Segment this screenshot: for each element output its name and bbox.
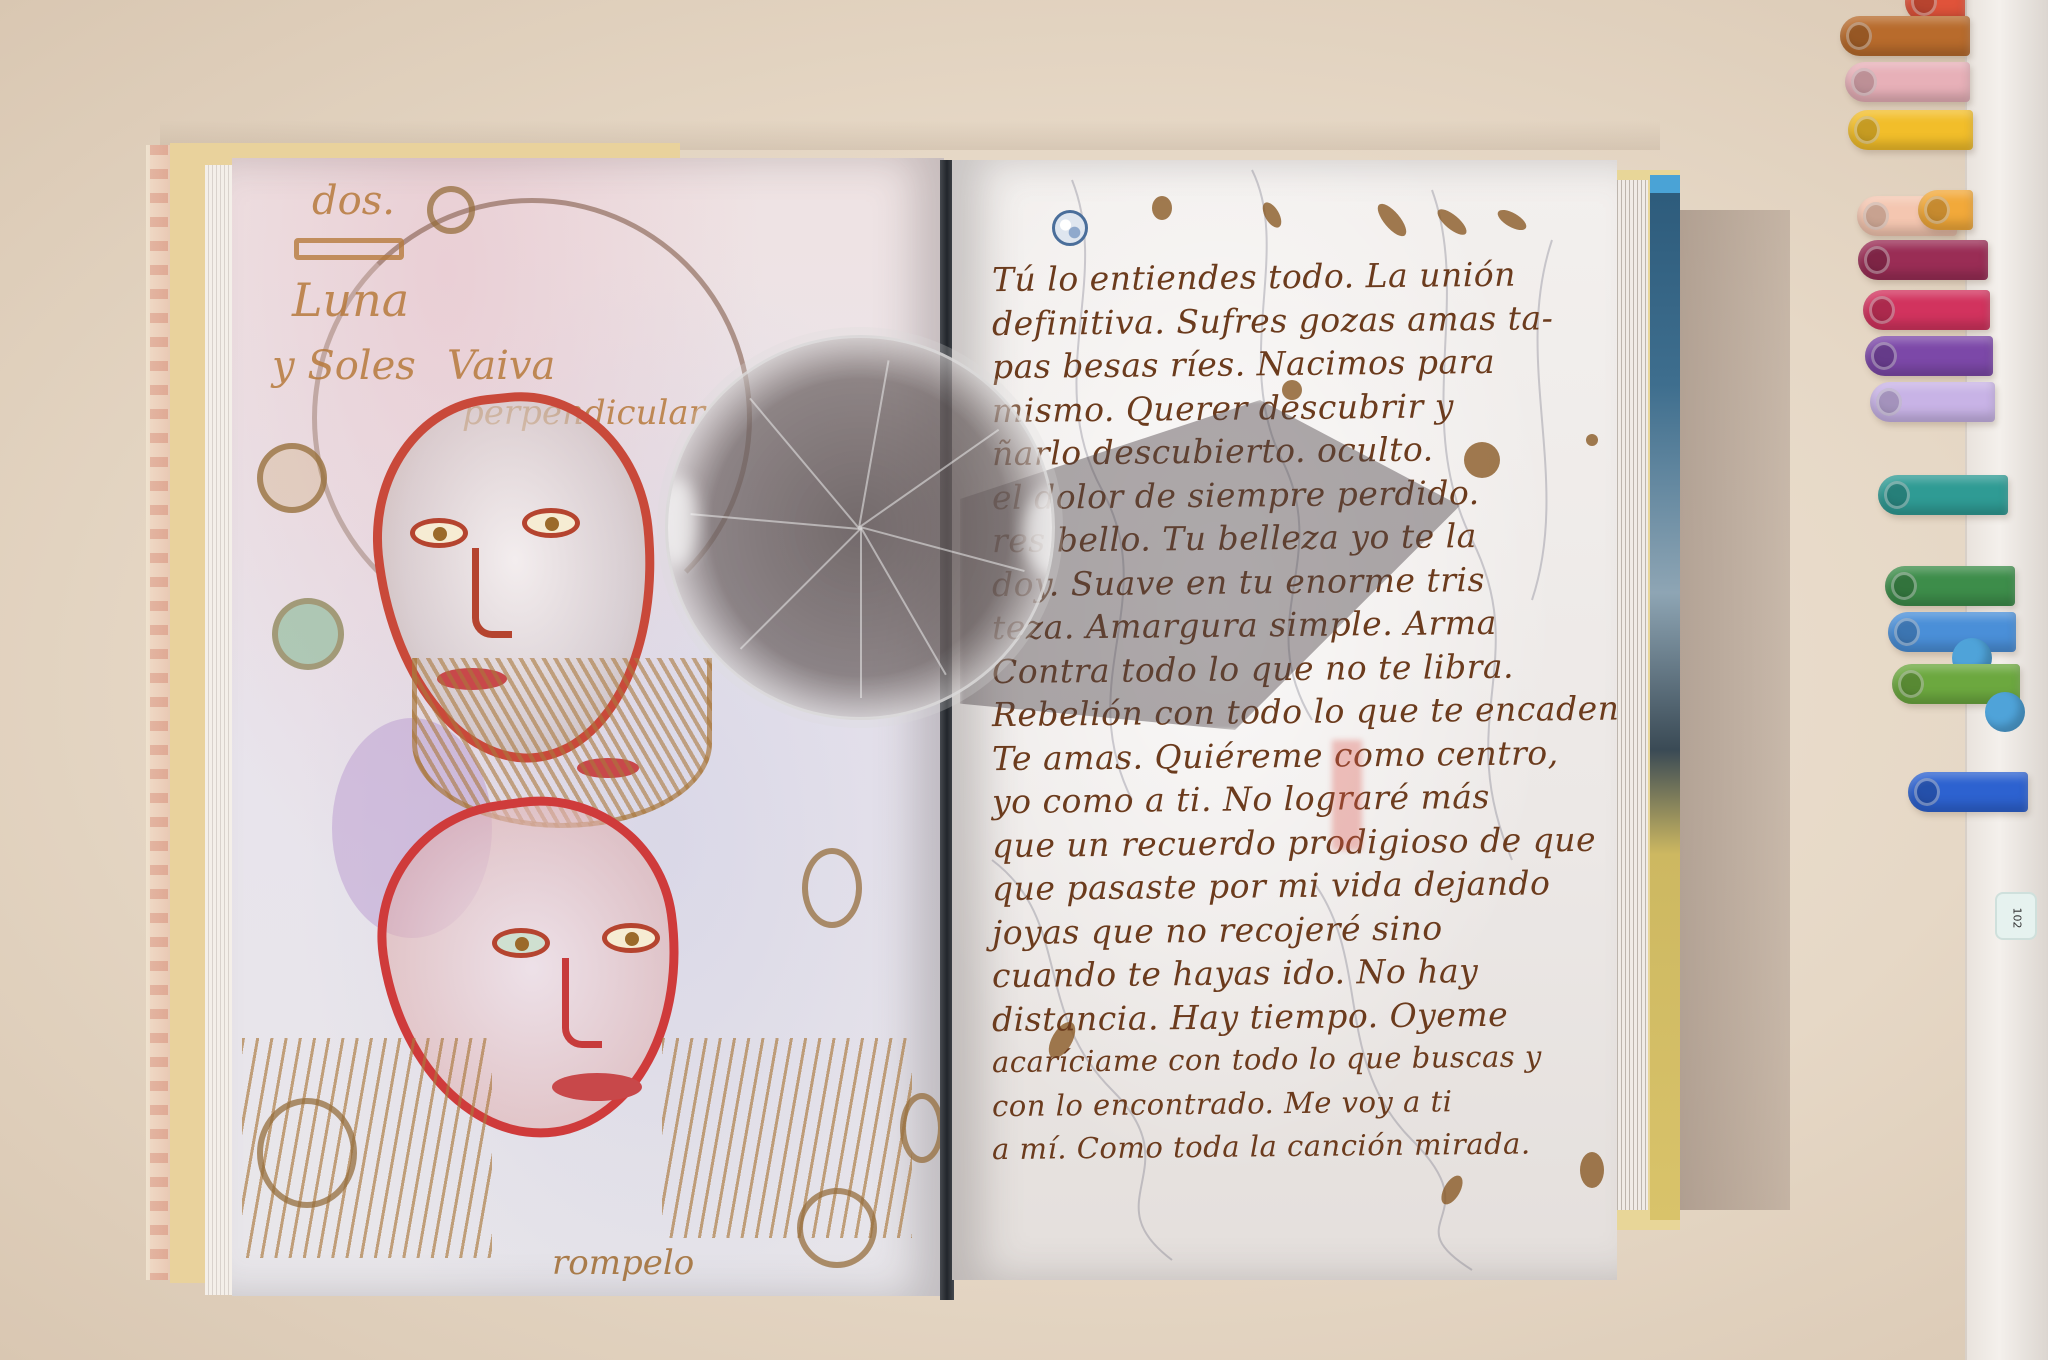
letter-line: distancia. Hay tiempo. Oyeme (992, 991, 1592, 1041)
left-page-text: y Soles (272, 343, 416, 389)
eye (410, 518, 468, 548)
label-number: 102 (1992, 908, 2040, 929)
letter-line: definitiva. Sufres gozas amas ta- (992, 295, 1592, 345)
letter-line: pas besas ríes. Nacimos para (992, 339, 1592, 389)
marker[interactable] (1858, 240, 1988, 280)
ink-ring (802, 848, 862, 928)
nose (472, 548, 512, 638)
marker[interactable] (1848, 110, 1973, 150)
photo-scene: dos. Luna y Soles Vaiva perpendicular ro… (0, 0, 2048, 1360)
letter-line: con lo encontrado. Me voy a ti (992, 1078, 1592, 1128)
letter-line: yo como a ti. No lograré más (992, 774, 1592, 824)
facet-line (860, 528, 862, 698)
facet-line (860, 526, 1025, 572)
letter-line: que pasaste por mi vida dejando (992, 861, 1592, 911)
eye (522, 508, 580, 538)
left-page-text: dos. (312, 178, 395, 224)
letter-line: joyas que no recojeré sino (992, 904, 1592, 954)
facet-line (859, 428, 999, 527)
letter-line: Tú lo entiendes todo. La unión (992, 252, 1592, 302)
marker[interactable] (1840, 16, 1970, 56)
nose (562, 958, 602, 1048)
facet-line (740, 528, 862, 650)
marker-label-tag: 102 (1995, 892, 2037, 940)
facet-line (860, 527, 947, 675)
letter-line: cuando te hayas ido. No hay (992, 948, 1592, 998)
mouth (552, 1073, 642, 1101)
left-page-text: rompelo (552, 1243, 694, 1283)
book-cover-right-edge (1650, 175, 1680, 1220)
ink-ring (797, 1188, 877, 1268)
page-stack-left (205, 165, 235, 1295)
left-page-text: Vaiva (447, 343, 555, 389)
underline-bar (294, 238, 404, 260)
cover-edge-decoration (150, 145, 168, 1280)
eye (492, 928, 550, 958)
right-page: Tú lo entiendes todo. La unión definitiv… (952, 160, 1617, 1280)
eye (602, 923, 660, 953)
letter-line: que un recuerdo prodigioso de que (992, 817, 1592, 867)
glass-crystal (665, 335, 1055, 720)
marker[interactable] (1878, 475, 2008, 515)
facet-line (858, 360, 889, 528)
ink-ring (257, 443, 327, 513)
ink-ring (427, 186, 475, 234)
letter-line: Te amas. Quiéreme como centro, (992, 730, 1592, 780)
marker[interactable] (1918, 190, 1973, 230)
left-page-text: Luna (292, 273, 409, 327)
ink-ring (257, 1098, 357, 1208)
marker[interactable] (1863, 290, 1990, 330)
marker[interactable] (1865, 336, 1993, 376)
marker[interactable] (1888, 612, 2016, 652)
ink-ring (900, 1093, 944, 1163)
marker-cap[interactable] (1985, 692, 2025, 732)
red-crayon-mark (1332, 740, 1362, 850)
marker[interactable] (1885, 566, 2015, 606)
green-ring (272, 598, 344, 670)
ink-hatching (662, 1038, 912, 1238)
light-glint (1023, 488, 1055, 578)
marker[interactable] (1845, 62, 1970, 102)
left-page: dos. Luna y Soles Vaiva perpendicular ro… (232, 158, 944, 1296)
light-glint (665, 478, 698, 568)
letter-line: a mí. Como toda la canción mirada. (992, 1122, 1592, 1172)
facet-line (749, 397, 860, 529)
letter-line: acaríciame con todo lo que buscas y (992, 1035, 1592, 1085)
facet-line (690, 513, 860, 530)
marker[interactable] (1870, 382, 1995, 422)
yin-yang-icon (1052, 210, 1088, 246)
marker[interactable] (1908, 772, 2028, 812)
